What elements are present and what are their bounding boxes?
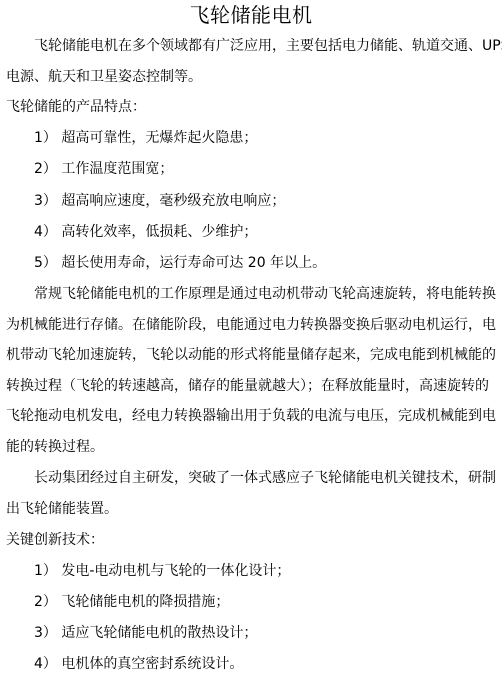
company-line: 长动集团经过自主研发，突破了一体式感应子飞轮储能电机关键技术，研制 [34, 469, 496, 487]
feature-item: 3） 超高响应速度，毫秒级充放电响应； [34, 192, 285, 210]
feature-item: 2） 工作温度范围宽； [34, 160, 173, 178]
principle-line: 常规飞轮储能电机的工作原理是通过电动机带动飞轮高速旋转，将电能转换 [34, 285, 496, 303]
features-heading: 飞轮储能的产品特点： [6, 98, 146, 116]
company-line: 出飞轮储能装置。 [6, 500, 118, 518]
principle-line: 转换过程（飞轮的转速越高，储存的能量就越大）；在释放能量时，高速旋转的 [6, 377, 489, 395]
intro-line-1: 飞轮储能电机在多个领域都有广泛应用，主要包括电力储能、轨道交通、UPS [34, 37, 502, 55]
feature-item: 4） 高转化效率，低损耗、少维护； [34, 223, 257, 241]
intro-line-2: 电源、航天和卫星姿态控制等。 [6, 68, 202, 86]
innovation-item: 2） 飞轮储能电机的降损措施； [34, 593, 229, 611]
innovation-item: 4） 电机体的真空密封系统设计。 [34, 655, 243, 673]
innovation-heading: 关键创新技术： [6, 531, 104, 549]
innovation-item: 1） 发电-电动电机与飞轮的一体化设计； [34, 562, 290, 580]
principle-line: 飞轮拖动电机发电，经电力转换器输出用于负载的电流与电压，完成机械能到电 [6, 407, 496, 425]
innovation-item: 3） 适应飞轮储能电机的散热设计； [34, 624, 257, 642]
feature-item: 5） 超长使用寿命，运行寿命可达 20 年以上。 [34, 254, 326, 272]
feature-item: 1） 超高可靠性，无爆炸起火隐患； [34, 129, 257, 147]
principle-line: 能的转换过程。 [6, 438, 104, 456]
principle-line: 机带动飞轮加速旋转，飞轮以动能的形式将能量储存起来，完成电能到机械能的 [6, 346, 496, 364]
principle-line: 为机械能进行存储。在储能阶段，电能通过电力转换器变换后驱动电机运行，电 [6, 316, 496, 334]
page-title: 飞轮储能电机 [0, 2, 502, 28]
